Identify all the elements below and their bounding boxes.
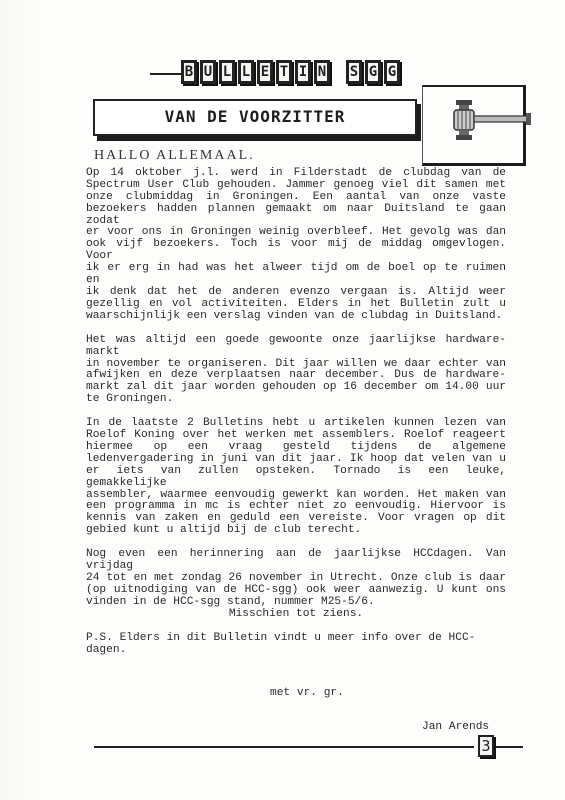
masthead-spacer [333,60,343,84]
closing: met vr. gr. [270,688,506,700]
section-header: VAN DE VOORZITTER [93,99,417,136]
greeting: HALLO ALLEMAAL. [94,150,506,162]
masthead-tile: T [276,60,292,84]
masthead-tile: I [295,60,311,84]
signature: Jan Arends [422,722,506,734]
section-title: VAN DE VOORZITTER [95,108,415,126]
masthead-tile: G [384,60,400,84]
paragraph: Op 14 oktober j.l. werd in Filderstadt d… [86,168,506,323]
gavel-icon [452,98,534,144]
masthead-tile: S [346,60,362,84]
masthead-tile: G [365,60,381,84]
masthead-tile: L [219,60,235,84]
postscript: P.S. Elders in dit Bulletin vindt u meer… [86,633,506,657]
masthead-tile: U [200,60,216,84]
page-number-badge: 3 [478,735,494,757]
masthead-tile: N [314,60,330,84]
masthead-logo: B U L L E T I N S G G [181,60,400,84]
paragraph: In de laatste 2 Bulletins hebt u artikel… [86,418,506,537]
footer-rule-right [493,746,523,748]
paragraph: Nog even een herinnering aan de jaarlijk… [86,549,506,609]
masthead-rule-left [150,73,182,75]
article-body: HALLO ALLEMAAL. Op 14 oktober j.l. werd … [86,150,506,734]
page-number: 3 [480,737,492,755]
masthead-tile: L [238,60,254,84]
farewell-line: Misschien tot ziens. [86,609,506,621]
masthead-tile: B [181,60,197,84]
paragraph: Het was altijd een goede gewoonte onze j… [86,335,506,406]
footer-rule [94,746,474,748]
masthead-tile: E [257,60,273,84]
